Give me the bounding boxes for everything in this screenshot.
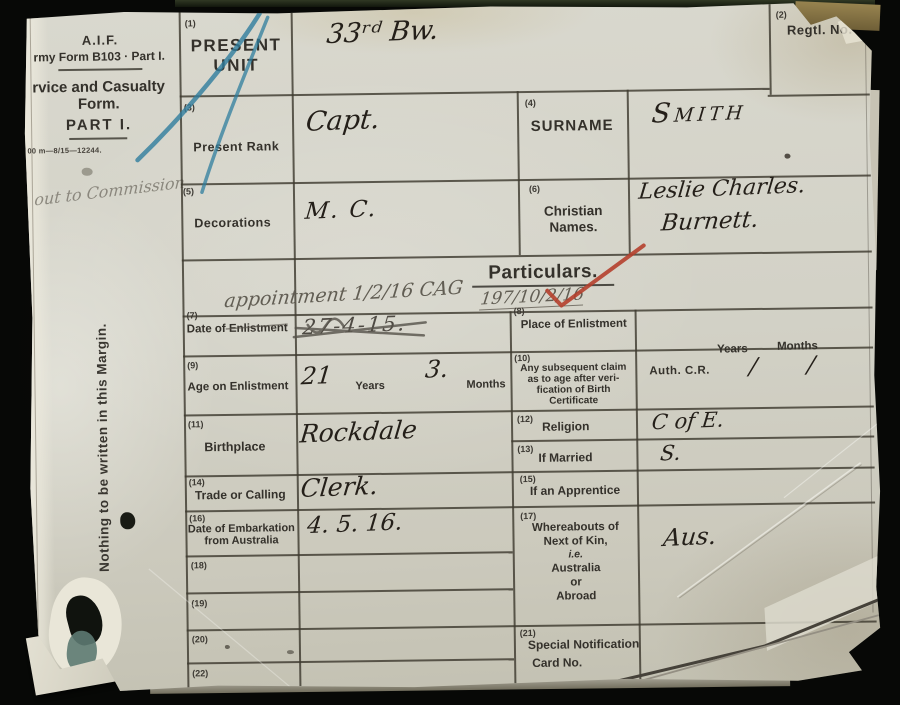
form-table: (1) PRESENT UNIT 33ʳᵈ Bw. (2) Regtl. No.… (179, 3, 878, 688)
field-4-value: Smith (650, 95, 748, 130)
form-title-number: rmy Form B103 · Part I. (24, 50, 174, 65)
field-2-number: (2) (776, 11, 787, 21)
field-20-number: (20) (192, 635, 208, 645)
field-17-label-line3: i.e. (517, 549, 635, 562)
field-22-number: (22) (192, 669, 208, 679)
field-6-value-line1: Leslie Charles. (637, 173, 806, 205)
field-12-label: Religion (542, 420, 590, 433)
field-11-label: Birthplace (204, 440, 265, 454)
ink-speck-2 (225, 645, 230, 649)
field-8-number: (8) (513, 307, 524, 317)
field-2-label: Regtl. No. (787, 23, 853, 37)
field-9-months-value: 3. (424, 355, 450, 384)
field-1-number: (1) (185, 19, 196, 29)
field-13-number: (13) (517, 445, 533, 455)
small-hole (120, 512, 135, 529)
photograph-background: A.I.F. rmy Form B103 · Part I. rvice and… (0, 0, 900, 705)
pencil-annotation-left: appointment 1/2/16 CAG (223, 277, 464, 313)
field-5-number: (5) (183, 187, 194, 197)
field-5-label: Decorations (194, 216, 271, 230)
field-9-years-value: 21 (300, 361, 333, 390)
field-18-number: (18) (191, 561, 207, 571)
field-6-value-line2: Burnett. (660, 207, 760, 237)
field-13-label: If Married (538, 451, 592, 464)
form-title-service: rvice and Casualty (22, 79, 174, 97)
field-21-label-line2: Card No. (532, 656, 582, 669)
particulars-title: Particulars. (472, 262, 614, 288)
field-13-value: S. (659, 441, 682, 466)
field-17-label-line2: Next of Kin, (516, 535, 634, 549)
field-9-label: Age on Enlistment (187, 380, 288, 393)
pencil-annotation-right: 197/10/2/16 (479, 284, 585, 310)
field-10-years-value: / (748, 354, 758, 380)
field-1-value: 33ʳᵈ Bw. (325, 15, 440, 50)
field-6-label-line2: Names. (518, 220, 628, 236)
field-17-label-line6: Abroad (517, 590, 635, 604)
field-19-number: (19) (191, 599, 207, 609)
field-15-label: If an Apprentice (530, 484, 620, 498)
field-17-label-line4: Australia (517, 562, 635, 576)
field-3-label: Present Rank (193, 140, 279, 154)
field-7-label: Date of Enlistment (187, 322, 288, 335)
field-17-value: Aus. (662, 522, 718, 552)
field-10-auth-label: Auth. C.R. (649, 365, 710, 378)
form-title-aif: A.I.F. (30, 33, 170, 48)
field-21-label-line1: Special Notification (528, 638, 640, 652)
smudge-spot (82, 168, 93, 176)
field-11-number: (11) (188, 420, 204, 430)
service-and-casualty-form: A.I.F. rmy Form B103 · Part I. rvice and… (22, 0, 884, 694)
field-14-number: (14) (189, 478, 205, 488)
field-5-value: M. C. (304, 196, 379, 225)
field-17-number: (17) (520, 512, 536, 522)
field-12-number: (12) (517, 415, 533, 425)
field-7-value-struck: 27-4-15. (301, 311, 407, 339)
field-9-years-unit: Years (355, 381, 385, 393)
field-10-months-header: Months (777, 340, 818, 353)
field-8-label: Place of Enlistment (521, 318, 627, 331)
field-11-value: Rockdale (298, 415, 418, 449)
field-12-value: C of E. (651, 408, 725, 435)
field-14-value: Clerk. (299, 471, 379, 503)
field-10-label-line4: Certificate (514, 396, 634, 408)
field-3-number: (3) (184, 103, 195, 113)
field-10-years-header: Years (717, 343, 748, 355)
form-title-part: PART I. (23, 117, 175, 135)
field-7-number: (7) (187, 311, 198, 321)
field-1-label-line2: UNIT (187, 56, 285, 75)
field-6-number: (6) (529, 185, 540, 195)
ink-speck-3 (287, 650, 294, 654)
field-16-value: 4. 5. 16. (306, 509, 404, 539)
field-1-label-line1: PRESENT (187, 36, 285, 55)
ink-speck-1 (785, 154, 791, 159)
field-3-value: Capt. (304, 104, 381, 138)
print-code: 00 m—8/15—12244. (27, 147, 102, 156)
field-6-label-line1: Christian (518, 204, 628, 220)
field-4-number: (4) (525, 99, 536, 109)
form-title-form: Form. (23, 96, 175, 114)
field-4-label: SURNAME (519, 118, 625, 135)
field-17-label-line5: or (517, 576, 635, 590)
field-9-number: (9) (187, 361, 198, 371)
field-16-label-line2: from Australia (185, 535, 297, 548)
field-10-months-value: / (806, 352, 816, 378)
field-17-label-line1: Whereabouts of (516, 521, 634, 535)
field-14-label: Trade or Calling (195, 488, 286, 502)
field-9-months-unit: Months (466, 379, 505, 391)
